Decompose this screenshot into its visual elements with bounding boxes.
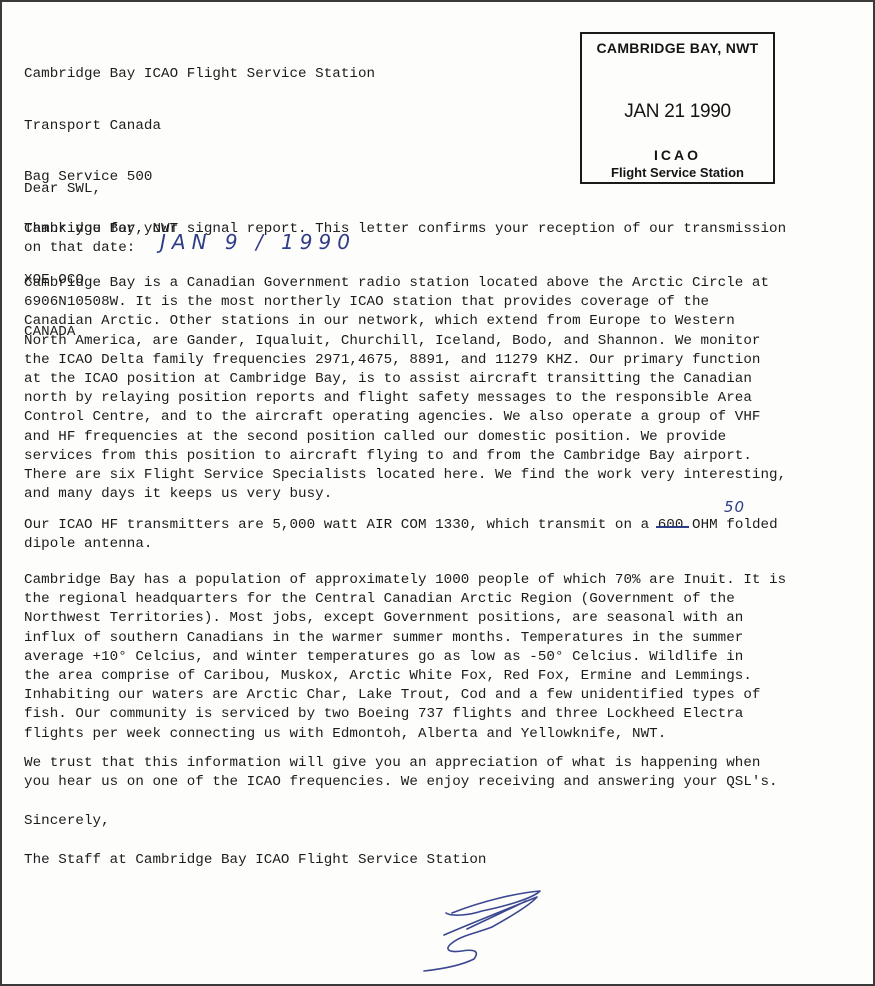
paragraph-line: influx of southern Canadians in the warm… bbox=[24, 629, 743, 647]
intro-line: on that date: bbox=[24, 239, 135, 257]
signature-scribble bbox=[422, 887, 542, 972]
address-line: Cambridge Bay ICAO Flight Service Statio… bbox=[24, 65, 375, 85]
transmitter-line-2: dipole antenna. bbox=[24, 535, 152, 553]
paragraph-line: We trust that this information will give… bbox=[24, 754, 761, 772]
transmitter-line: Our ICAO HF transmitters are 5,000 watt … bbox=[24, 516, 778, 534]
stamp-org: ICAO bbox=[582, 147, 773, 163]
stamp-location: CAMBRIDGE BAY, NWT bbox=[582, 40, 773, 56]
stamp-date: JAN 21 1990 bbox=[582, 101, 773, 123]
paragraph-line: Cambridge Bay has a population of approx… bbox=[24, 571, 786, 589]
date-stamp: CAMBRIDGE BAY, NWT JAN 21 1990 ICAO Flig… bbox=[580, 32, 775, 184]
paragraph-line: north by relaying position reports and f… bbox=[24, 389, 752, 407]
paragraph-line: the regional headquarters for the Centra… bbox=[24, 590, 735, 608]
closing: Sincerely, bbox=[24, 812, 110, 830]
paragraph-line: Northwest Territories). Most jobs, excep… bbox=[24, 609, 743, 627]
intro-line: Thank you for your signal report. This l… bbox=[24, 220, 786, 238]
paragraph-line: There are six Flight Service Specialists… bbox=[24, 466, 786, 484]
paragraph-line: fish. Our community is serviced by two B… bbox=[24, 705, 743, 723]
paragraph-line: average +10° Celcius, and winter tempera… bbox=[24, 648, 743, 666]
paragraph-line: 6906N10508W. It is the most northerly IC… bbox=[24, 293, 709, 311]
struck-value: 600 bbox=[658, 517, 684, 533]
address-line: Transport Canada bbox=[24, 117, 375, 137]
struck-text: 600 bbox=[658, 517, 684, 533]
stamp-subtitle: Flight Service Station bbox=[582, 165, 773, 180]
handwritten-date: JAN 9 / 1990 bbox=[160, 230, 356, 254]
handwritten-correction: 50 bbox=[724, 498, 745, 516]
paragraph-line: flights per week connecting us with Edmo… bbox=[24, 725, 666, 743]
text-segment: OHM folded bbox=[683, 517, 777, 533]
paragraph-line: services from this position to aircraft … bbox=[24, 447, 752, 465]
paragraph-line: and many days it keeps us very busy. bbox=[24, 485, 332, 503]
paragraph-line: you hear us on one of the ICAO frequenci… bbox=[24, 773, 778, 791]
paragraph-line: Inhabiting our waters are Arctic Char, L… bbox=[24, 686, 761, 704]
text-segment: Our ICAO HF transmitters are 5,000 watt … bbox=[24, 517, 658, 533]
paragraph-line: at the ICAO position at Cambridge Bay, i… bbox=[24, 370, 752, 388]
letter-page: Cambridge Bay ICAO Flight Service Statio… bbox=[0, 0, 875, 986]
salutation: Dear SWL, bbox=[24, 180, 101, 198]
paragraph-line: North America, are Gander, Iqualuit, Chu… bbox=[24, 332, 761, 350]
paragraph-line: the area comprise of Caribou, Muskox, Ar… bbox=[24, 667, 752, 685]
paragraph-line: the ICAO Delta family frequencies 2971,4… bbox=[24, 351, 761, 369]
strikethrough-line bbox=[656, 526, 690, 528]
signature-line: The Staff at Cambridge Bay ICAO Flight S… bbox=[24, 851, 486, 869]
paragraph-line: Cambridge Bay is a Canadian Government r… bbox=[24, 274, 769, 292]
paragraph-line: and HF frequencies at the second positio… bbox=[24, 428, 726, 446]
paragraph-line: Control Centre, and to the aircraft oper… bbox=[24, 408, 761, 426]
paragraph-line: Canadian Arctic. Other stations in our n… bbox=[24, 312, 735, 330]
